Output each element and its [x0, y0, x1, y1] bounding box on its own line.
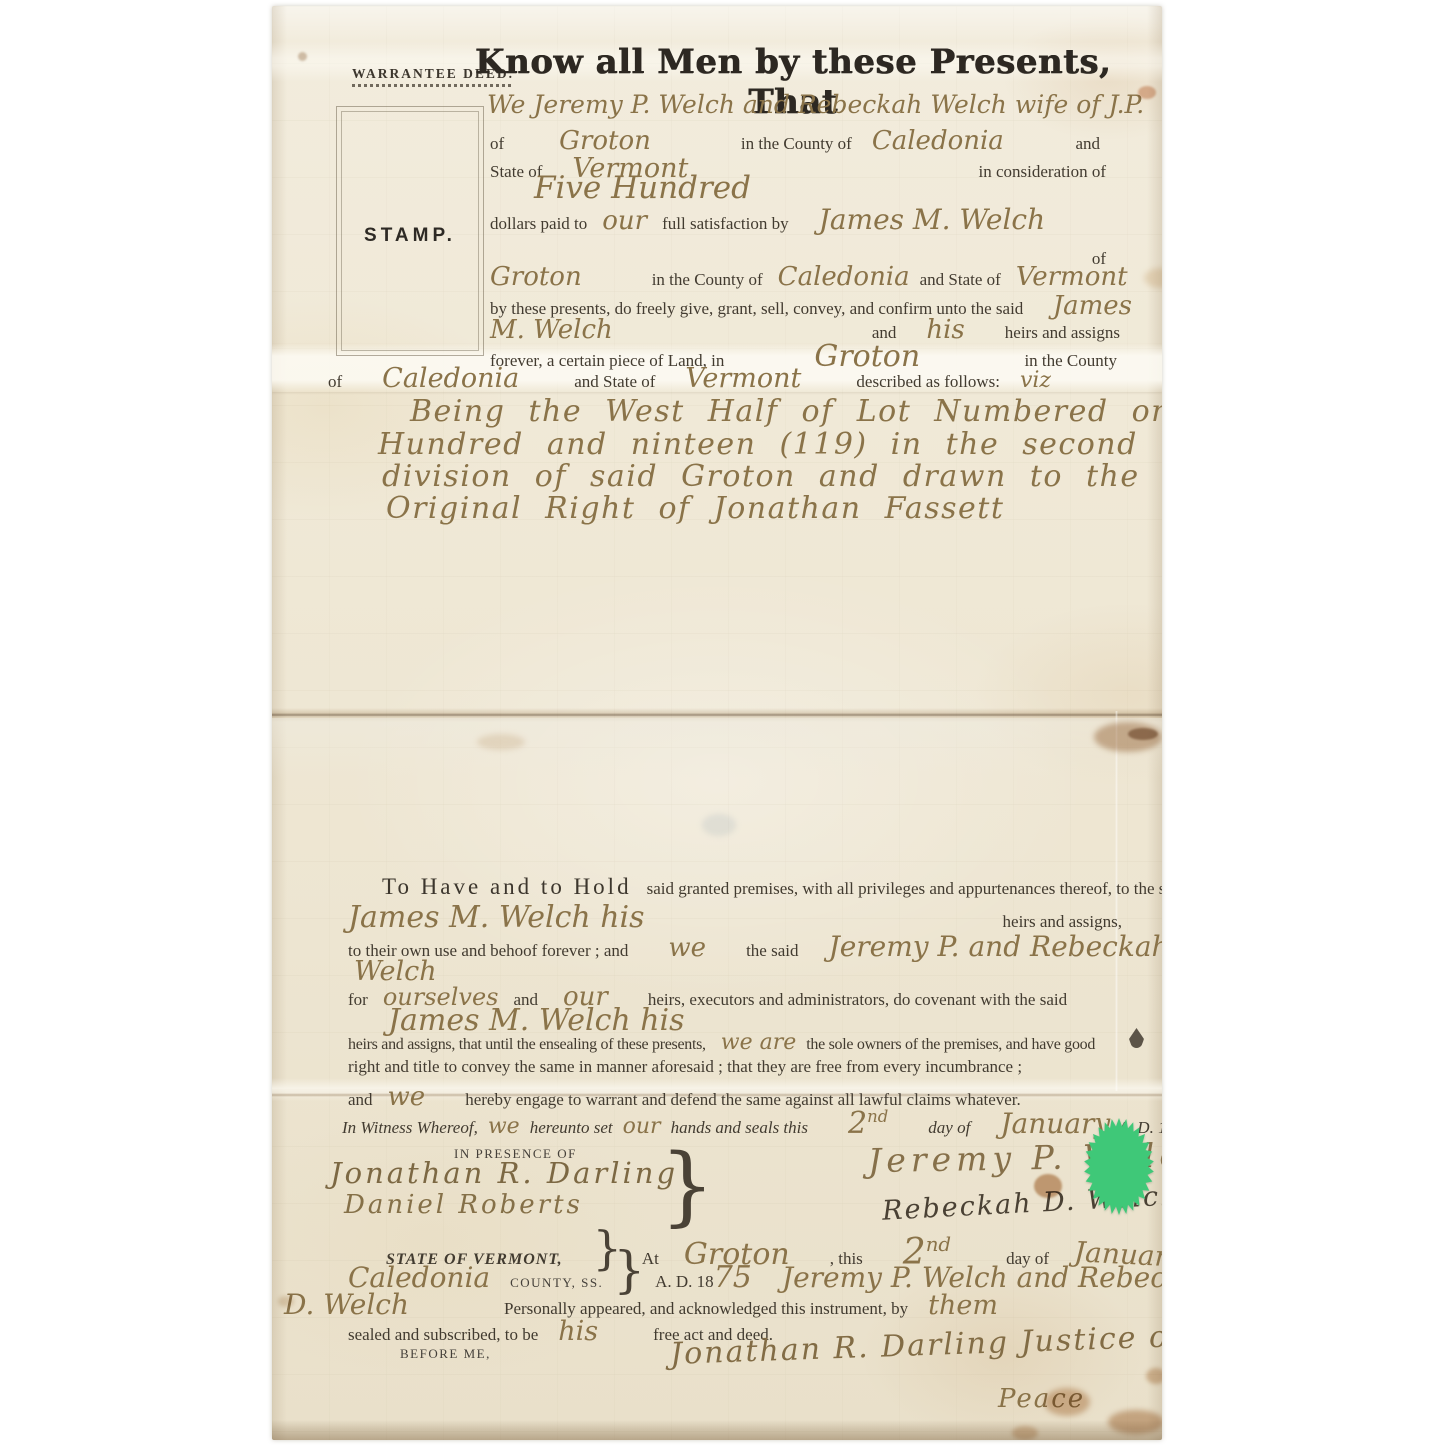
- printed-dollars-paid: dollars paid to: [490, 214, 587, 234]
- stain: [298, 52, 307, 61]
- stain: [1108, 1410, 1162, 1434]
- printed-executors: heirs, executors and administrators, do …: [648, 990, 1067, 1010]
- printed-the-said: the said: [746, 941, 798, 961]
- grantor-county-handwritten: Caledonia: [872, 126, 1004, 156]
- printed-hereunto: hereunto set: [530, 1118, 613, 1138]
- printed-satisfaction: full satisfaction by: [662, 214, 789, 234]
- ink-ghost: [702, 814, 736, 836]
- witness-clause-line: In Witness Whereof, we hereunto set our …: [342, 1106, 1132, 1141]
- description-handwritten: division of said Groton and drawn to the: [382, 459, 1140, 494]
- printed-and: and: [1075, 134, 1100, 154]
- we-handwritten: we: [668, 933, 706, 963]
- description-line-3: division of said Groton and drawn to the: [382, 459, 1140, 494]
- habendum-owners-line: heirs and assigns, that until the enseal…: [348, 1030, 1132, 1055]
- printed-heirs-assigns: heirs and assigns,: [1003, 912, 1122, 932]
- printed-state-label: and State of: [574, 372, 655, 392]
- deed-line-amount: Five Hundred: [534, 170, 751, 206]
- description-line-1: Being the West Half of Lot Numbered one: [410, 394, 1162, 429]
- deed-line-payment: dollars paid to our full satisfaction by…: [490, 203, 1045, 236]
- grantors-handwritten: We Jeremy P. Welch and Rebeckah Welch wi…: [487, 90, 1144, 119]
- witness2-signature: Daniel Roberts: [344, 1190, 583, 1220]
- grantee-town-handwritten: Groton: [490, 262, 582, 292]
- stain: [1144, 268, 1162, 288]
- before-me-line: BEFORE ME,: [400, 1346, 491, 1362]
- printed-sole-owners: the sole owners of the premises, and hav…: [806, 1036, 1095, 1054]
- deed-line-described: of Caledonia and State of Vermont descri…: [328, 363, 1117, 394]
- printed-premises: said granted premises, with all privileg…: [647, 879, 1162, 899]
- printed-sealed-subscribed: sealed and subscribed, to be: [348, 1325, 538, 1345]
- deed-line-grantee-town: Groton in the County of Caledonia and St…: [490, 262, 1124, 292]
- printed-state-label: and State of: [920, 270, 1001, 290]
- deed-line-town: of Groton in the County of Caledonia and: [490, 126, 1100, 156]
- grantor-town-handwritten: Groton: [559, 126, 651, 156]
- justice-signature-line2: Peace: [998, 1384, 1085, 1414]
- printed-right-title: right and title to convey the same in ma…: [348, 1057, 1022, 1077]
- our-handwritten: our: [623, 1114, 661, 1139]
- county-handwritten: Caledonia: [382, 363, 519, 394]
- notary-seal: [1084, 1118, 1154, 1215]
- our-handwritten: our: [602, 206, 647, 236]
- stamp-box: STAMP.: [336, 106, 484, 356]
- amount-handwritten: Five Hundred: [534, 170, 751, 206]
- printed-of: of: [490, 134, 504, 154]
- grantee-name-handwritten: James M. Welch: [819, 203, 1046, 236]
- printed-for: for: [348, 990, 368, 1010]
- day-handwritten: 2nd: [848, 1106, 888, 1141]
- description-line-2: Hundred and ninteen (119) in the second: [378, 427, 1138, 462]
- description-handwritten: Original Right of Jonathan Fassett: [386, 491, 1004, 526]
- habendum-behoof-line: to their own use and behoof forever ; an…: [348, 930, 1162, 963]
- his-handwritten: his: [558, 1316, 598, 1347]
- printed-ensealing: heirs and assigns, that until the enseal…: [348, 1036, 706, 1054]
- fold-shade: [272, 718, 1162, 778]
- bottom-edge-shade: [272, 1420, 1162, 1440]
- notary-seal-shape: [1084, 1118, 1154, 1215]
- we-are-handwritten: we are: [721, 1030, 797, 1055]
- grantors-handwritten: Jeremy P. and Rebeckah: [828, 930, 1162, 963]
- printed-day-of: day of: [928, 1118, 970, 1138]
- stain: [1094, 722, 1162, 752]
- stain: [1146, 1368, 1162, 1384]
- printed-consideration: in consideration of: [979, 162, 1106, 182]
- viz-handwritten: viz: [1020, 368, 1051, 393]
- grantee-county-handwritten: Caledonia: [778, 262, 910, 292]
- notary-seal-svg: [1084, 1118, 1154, 1215]
- printed-described: described as follows:: [856, 372, 1000, 392]
- printed-county-label: in the County of: [652, 270, 763, 290]
- printed-in-witness: In Witness Whereof,: [342, 1118, 478, 1138]
- habendum-title-line: right and title to convey the same in ma…: [348, 1057, 1022, 1077]
- them-handwritten: them: [928, 1290, 998, 1321]
- printed-of: of: [328, 372, 342, 392]
- deed-paper: WARRANTEE DEED. Know all Men by these Pr…: [272, 6, 1162, 1440]
- deed-line-grantors: We Jeremy P. Welch and Rebeckah Welch wi…: [487, 90, 1132, 119]
- stain: [1128, 728, 1158, 740]
- habendum-lead-line: To Have and to Hold said granted premise…: [382, 874, 1124, 900]
- stamp-label: STAMP.: [337, 225, 483, 247]
- description-handwritten: Being the West Half of Lot Numbered one: [410, 394, 1162, 429]
- scan-background: WARRANTEE DEED. Know all Men by these Pr…: [0, 0, 1445, 1445]
- we-handwritten: we: [488, 1114, 520, 1139]
- before-me-label: BEFORE ME,: [400, 1346, 491, 1362]
- stain: [477, 734, 525, 750]
- printed-county-label: in the County of: [741, 134, 852, 154]
- grantee-state-handwritten: Vermont: [1016, 262, 1128, 292]
- stain: [1012, 1426, 1038, 1440]
- state-handwritten: Vermont: [685, 363, 801, 394]
- description-line-4: Original Right of Jonathan Fassett: [386, 491, 1004, 526]
- to-have-and-hold-heading: To Have and to Hold: [382, 874, 632, 900]
- printed-hands-seals: hands and seals this: [671, 1118, 808, 1138]
- witness1-signature: Jonathan R. Darling: [330, 1156, 678, 1190]
- fold-crease-middle: [272, 708, 1162, 722]
- description-handwritten: Hundred and ninteen (119) in the second: [378, 427, 1138, 462]
